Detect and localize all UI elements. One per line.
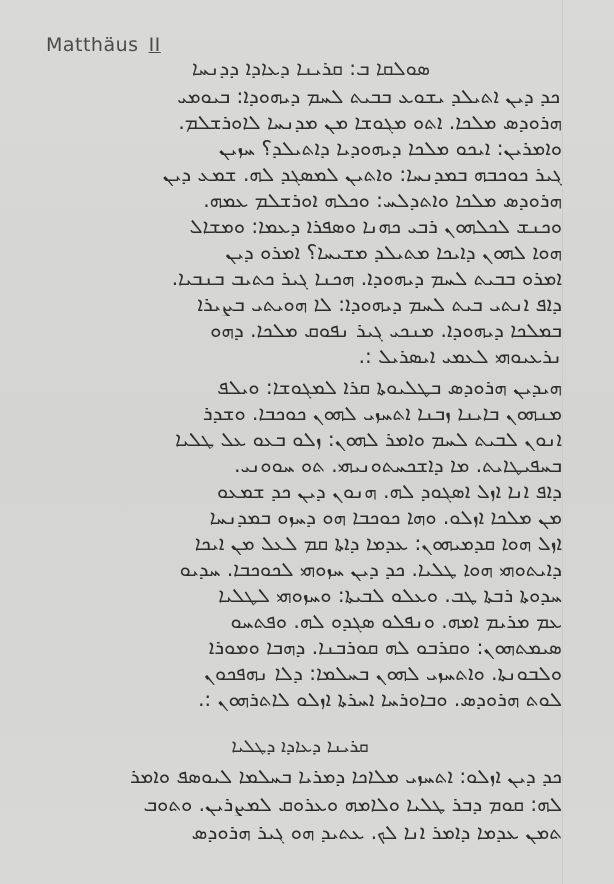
text-line: ܥܡ ܡܪܝܡ ܐܡܗ. ܘܢܦܠܘ ܤܓܕܘ ܠܗ. ܘܦܬܚܘ [42, 609, 562, 633]
text-line: ܗܪܘܕܣ ܡܠܟܐ ܘܐܬܕܠܚ: ܘܟܠܗ ܐܘܪܫܠܡ ܥܡܗ. [42, 188, 562, 212]
text-line: ܒܚܦܝܛܐܝܬ. ܡܐ ܕܐܫܟܚܬܘܢܝܗܝ. ܬܘ ܚܘܘܢܝ. [42, 453, 562, 477]
text-line: ܐܡܪܘ ܒܒܝܬ ܠܚܡ ܕܝܗܘܕܐ. ܗܟܢܐ ܓܝܪ ܟܬܝܒ ܒܢܒܝ… [42, 266, 562, 290]
text-line: ܘܐܡܪܝܢ: ܐܝܟܘ ܡܠܟܐ ܕܝܗܘܕܝܐ ܕܐܬܝܠܕ؟ ܚܙܝܢ [42, 136, 562, 160]
text-line: ܗܝܕܝܢ ܗܪܘܕܣ ܒܛܠܝܘܬܐ ܩܪܐ ܠܡܓܘܫܐ: ܘܝܠܦ [42, 375, 562, 399]
text-line: ܟܕ ܕܝܢ ܐܙܠܘ: ܐܬܚܙܝ ܡܠܐܟܐ ܕܡܪܝܐ ܒܚܠܡܐ ܠܝܘ… [28, 764, 562, 788]
text-line: ܚܕܘܬܐ ܪܒܬܐ ܛܒ. ܘܥܠܘ ܠܒܝܬܐ: ܘܚܙܘܗܝ ܠܛܠܝܐ [42, 583, 562, 607]
chapter-number: II [149, 34, 161, 56]
text-line: ܓܝܪ ܟܘܟܒܗ ܒܡܕܢܚܐ: ܘܐܬܝܢ ܠܡܣܓܕ ܠܗ. ܫܡܥ ܕܝ… [42, 162, 562, 186]
text-line: ܢܪܥܝܘܗܝ ܠܥܡܝ ܐܝܣܪܝܠ :. [200, 344, 562, 368]
lection-title: ܣܘܠܩܐ ܒ: ܩܪܝܢܐ ܕܥܐܕܐ ܕܕܢܚܐ [130, 56, 430, 80]
text-line: ܐܢܘܢ ܠܒܝܬ ܠܚܡ ܘܐܡܪ ܠܗܘܢ: ܙܠܘ ܒܥܘ ܥܠ ܛܠܝܐ [42, 427, 562, 451]
text-line: ܐܙܠ ܗܘܐ ܩܕܡܝܗܘܢ: ܥܕܡܐ ܕܐܬܐ ܩܡ ܠܥܠ ܡܢ ܐܝܟ… [42, 531, 562, 555]
text-line: ܡܢܗܘܢ ܒܐܝܢܐ ܙܒܢܐ ܐܬܚܙܝ ܠܗܘܢ ܟܘܟܒܐ. ܘܫܕܪ [42, 401, 562, 425]
manuscript-page: MatthäusII ܣܘܠܩܐ ܒ: ܩܪܝܢܐ ܕܥܐܕܐ ܕܕܢܚܐ ܟܕ… [0, 0, 614, 884]
book-name: Matthäus [46, 34, 139, 56]
text-line: ܗܘܐ ܠܗܘܢ ܕܐܝܟܐ ܡܬܝܠܕ ܡܫܝܚܐ؟ ܐܡܪܘ ܕܝܢ [42, 240, 562, 264]
text-line: ܠܗ: ܩܘܡ ܕܒܪ ܛܠܝܐ ܘܠܐܡܗ ܘܥܪܘܩ ܠܡܨܪܝܢ. ܘܬܘ… [28, 792, 562, 816]
text-line: ܠܘܬ ܗܪܘܕܣ. ܘܒܐܘܪܚܐ ܐܚܪܬܐ ܐܙܠܘ ܠܐܬܪܗܘܢ :. [42, 687, 562, 711]
text-line: ܘܠܒܘܢܬܐ. ܘܐܬܚܙܝ ܠܗܘܢ ܒܚܠܡܐ: ܕܠܐ ܢܗܦܟܘܢ [42, 661, 562, 685]
text-line: ܕܐܝܬܘܗܝ ܗܘܐ ܛܠܝܐ. ܟܕ ܕܝܢ ܚܙܘܗܝ ܠܟܘܟܒܐ. ܚ… [42, 557, 562, 581]
section-heading: ܩܪܝܢܐ ܕܥܐܕܐ ܕܛܠܝܐ [150, 736, 450, 757]
text-line: ܘܟܢܫ ܠܟܠܗܘܢ ܪܒܝ ܟܗܢܐ ܘܤܦܪܐ ܕܥܡܐ: ܘܡܫܐܠ [42, 214, 562, 238]
text-line: ܟܕ ܕܝܢ ܐܬܝܠܕ ܝܫܘܥ ܒܒܝܬ ܠܚܡ ܕܝܗܘܕܐ: ܒܝܘܡܝ [60, 84, 560, 108]
text-line: ܕܐܦ ܐܢܐ ܐܙܠ ܐܤܓܘܕ ܠܗ. ܗܢܘܢ ܕܝܢ ܟܕ ܫܡܥܘ [42, 479, 562, 503]
text-line: ܒܡܠܟܐ ܕܝܗܘܕܐ. ܡܢܟܝ ܓܝܪ ܢܦܘܩ ܡܠܟܐ. ܕܗܘ [42, 318, 562, 342]
text-line: ܡܢ ܡܠܟܐ ܐܙܠܘ. ܘܗܐ ܟܘܟܒܐ ܗܘ ܕܚܙܘ ܒܡܕܢܚܐ [42, 505, 562, 529]
page-margin-line [562, 0, 563, 884]
page-header: MatthäusII [46, 34, 161, 56]
text-line: ܗܪܘܕܣ ܡܠܟܐ. ܐܬܘ ܡܓܘܫܐ ܡܢ ܡܕܢܚܐ ܠܐܘܪܫܠܡ. [42, 110, 562, 134]
text-line: ܬܡܢ ܥܕܡܐ ܕܐܡܪ ܐܢܐ ܠܟ. ܥܬܝܕ ܗܘ ܓܝܪ ܗܪܘܕܣ [14, 820, 562, 844]
text-line: ܤܝܡܬܗܘܢ: ܘܩܪܒܘ ܠܗ ܩܘܪܒܢܐ. ܕܗܒܐ ܘܡܘܪܐ [42, 635, 562, 659]
text-line: ܕܐܦ ܐܢܬܝ ܒܝܬ ܠܚܡ ܕܝܗܘܕܐ: ܠܐ ܗܘܝܬܝ ܒܨܝܪܐ [42, 292, 562, 316]
